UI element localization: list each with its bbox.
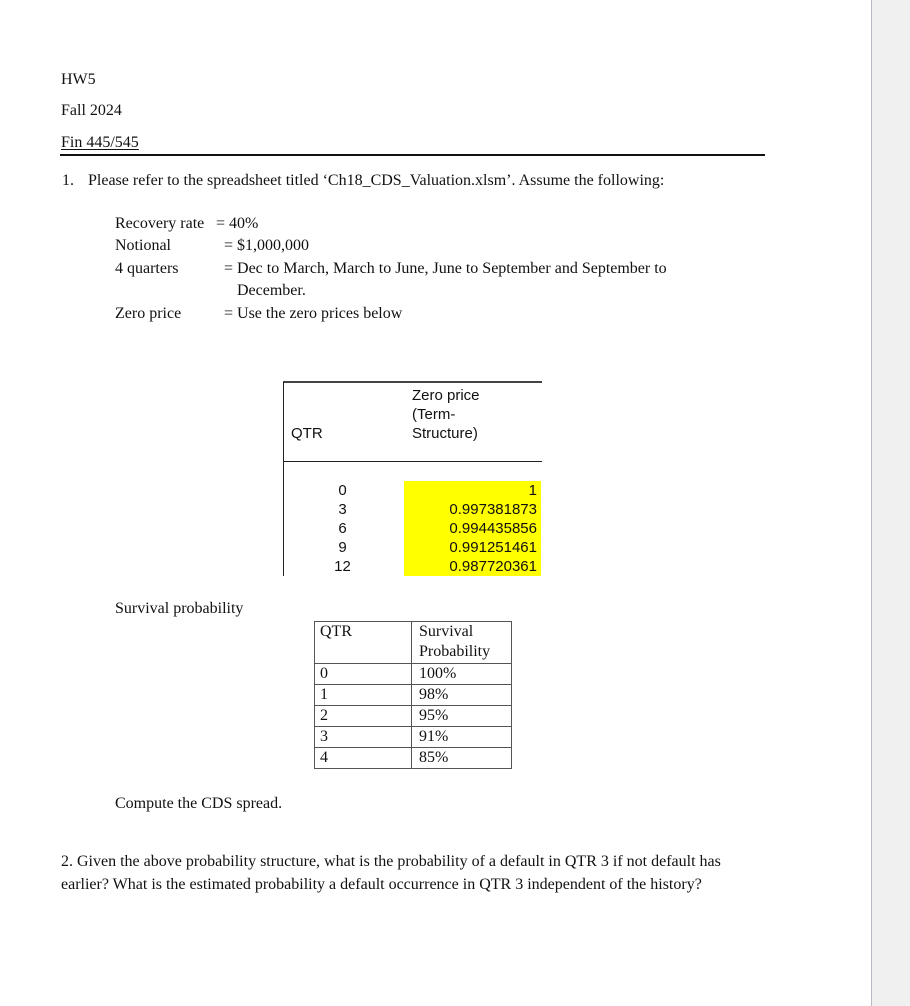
param-value-zero-price: = Use the zero prices below: [224, 304, 402, 324]
question-1-text: Please refer to the spreadsheet titled ‘…: [88, 171, 664, 191]
survival-header-prob-line: Survival: [419, 622, 511, 642]
side-panel: [871, 0, 910, 1006]
zero-table-header-price-line: Zero price: [412, 386, 532, 405]
zero-table-price-cell: 0.994435856: [404, 519, 541, 538]
question-1-instruction: Compute the CDS spread.: [115, 794, 282, 814]
zero-table-qtr-column: 0 3 6 9 12: [320, 481, 365, 576]
course-label: Fin 445/545: [61, 133, 139, 153]
zero-table-left-border: [283, 382, 284, 576]
zero-table-qtr-cell: 3: [320, 500, 365, 519]
table-row: 4 85%: [315, 748, 512, 769]
table-row: 3 91%: [315, 727, 512, 748]
param-value-recovery: = 40%: [216, 214, 258, 234]
survival-probability-table: QTR Survival Probability 0 100% 1 98% 2 …: [314, 621, 512, 769]
param-value-notional: = $1,000,000: [224, 236, 309, 256]
survival-prob-cell: 95%: [412, 706, 512, 727]
zero-table-qtr-cell: 6: [320, 519, 365, 538]
header-rule: [60, 154, 765, 156]
zero-table-header-border: [283, 461, 542, 462]
term-label: Fall 2024: [61, 101, 122, 121]
table-row: 2 95%: [315, 706, 512, 727]
survival-prob-cell: 91%: [412, 727, 512, 748]
survival-qtr-cell: 2: [315, 706, 412, 727]
zero-table-qtr-cell: 12: [320, 557, 365, 576]
zero-table-price-cell: 0.997381873: [404, 500, 541, 519]
survival-prob-cell: 98%: [412, 685, 512, 706]
param-label-zero-price: Zero price: [115, 304, 181, 324]
survival-prob-cell: 100%: [412, 664, 512, 685]
zero-table-top-border: [283, 381, 542, 383]
survival-header-prob-line: Probability: [419, 642, 511, 662]
document-page: HW5 Fall 2024 Fin 445/545 1. Please refe…: [0, 0, 871, 1006]
zero-table-price-cell: 1: [404, 481, 541, 500]
survival-header-qtr: QTR: [315, 622, 412, 664]
zero-table-header-qtr: QTR: [291, 424, 323, 443]
param-label-notional: Notional: [115, 236, 171, 256]
table-header-row: QTR Survival Probability: [315, 622, 512, 664]
zero-table-header-price: Zero price (Term- Structure): [412, 386, 532, 443]
table-row: 0 100%: [315, 664, 512, 685]
param-label-recovery: Recovery rate: [115, 214, 204, 234]
survival-probability-label: Survival probability: [115, 599, 243, 619]
zero-table-price-cell: 0.987720361: [404, 557, 541, 576]
survival-qtr-cell: 1: [315, 685, 412, 706]
param-label-quarters: 4 quarters: [115, 259, 179, 279]
zero-table-price-column: 1 0.997381873 0.994435856 0.991251461 0.…: [404, 481, 541, 576]
table-row: 1 98%: [315, 685, 512, 706]
param-value-quarters-cont: December.: [237, 281, 306, 301]
zero-table-price-cell: 0.991251461: [404, 538, 541, 557]
question-2-text: 2. Given the above probability structure…: [61, 850, 771, 896]
survival-qtr-cell: 0: [315, 664, 412, 685]
zero-table-qtr-cell: 0: [320, 481, 365, 500]
param-value-quarters: = Dec to March, March to June, June to S…: [224, 259, 667, 279]
survival-qtr-cell: 4: [315, 748, 412, 769]
survival-qtr-cell: 3: [315, 727, 412, 748]
zero-table-header-price-line: (Term-: [412, 405, 532, 424]
zero-table-qtr-cell: 9: [320, 538, 365, 557]
survival-prob-cell: 85%: [412, 748, 512, 769]
question-1-number: 1.: [62, 171, 74, 191]
survival-header-prob: Survival Probability: [412, 622, 512, 664]
assignment-title: HW5: [61, 70, 96, 90]
zero-table-header-price-line: Structure): [412, 424, 532, 443]
